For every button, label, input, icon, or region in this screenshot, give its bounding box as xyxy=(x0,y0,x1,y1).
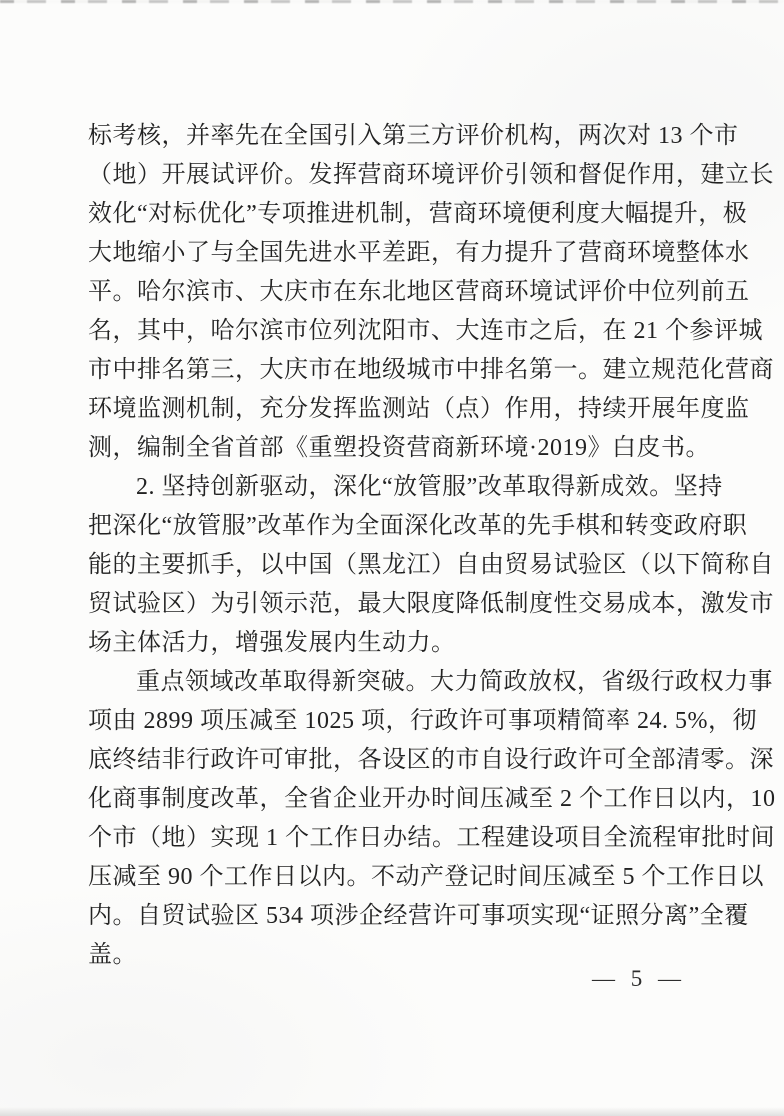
scanned-document-page: 标考核，并率先在全国引入第三方评价机构，两次对 13 个市（地）开展试评价。发挥… xyxy=(0,0,784,1116)
text-line: 化商事制度改革，全省企业开办时间压减至 2 个工作日以内，10 xyxy=(88,780,702,819)
text-line: 个市（地）实现 1 个工作日办结。工程建设项目全流程审批时间 xyxy=(88,819,702,858)
page-number: — 5 — xyxy=(592,966,682,992)
text-line: 内。自贸试验区 534 项涉企经营许可事项实现“证照分离”全覆 xyxy=(88,897,702,936)
text-line: 场主体活力，增强发展内生动力。 xyxy=(88,624,702,663)
text-line: 能的主要抓手，以中国（黑龙江）自由贸易试验区（以下简称自 xyxy=(88,546,702,585)
text-line: 平。哈尔滨市、大庆市在东北地区营商环境试评价中位列前五 xyxy=(88,273,702,312)
text-line: 市中排名第三，大庆市在地级城市中排名第一。建立规范化营商 xyxy=(88,351,702,390)
text-line: 环境监测机制，充分发挥监测站（点）作用，持续开展年度监 xyxy=(88,390,702,429)
text-line: 效化“对标优化”专项推进机制，营商环境便利度大幅提升，极 xyxy=(88,195,702,234)
scan-edge-bottom xyxy=(0,1107,784,1116)
document-body: 标考核，并率先在全国引入第三方评价机构，两次对 13 个市（地）开展试评价。发挥… xyxy=(88,117,702,975)
text-line: 贸试验区）为引领示范，最大限度降低制度性交易成本，激发市 xyxy=(88,585,702,624)
text-line: 2. 坚持创新驱动，深化“放管服”改革取得新成效。坚持 xyxy=(88,468,702,507)
scan-edge-top xyxy=(0,0,784,3)
text-line: 名，其中，哈尔滨市位列沈阳市、大连市之后，在 21 个参评城 xyxy=(88,312,702,351)
text-line: 把深化“放管服”改革作为全面深化改革的先手棋和转变政府职 xyxy=(88,507,702,546)
text-line: 压减至 90 个工作日以内。不动产登记时间压减至 5 个工作日以 xyxy=(88,858,702,897)
text-line: 重点领域改革取得新突破。大力简政放权，省级行政权力事 xyxy=(88,663,702,702)
text-line: 底终结非行政许可审批，各设区的市自设行政许可全部清零。深 xyxy=(88,741,702,780)
text-line: 项由 2899 项压减至 1025 项，行政许可事项精简率 24. 5%，彻 xyxy=(88,702,702,741)
text-line: 标考核，并率先在全国引入第三方评价机构，两次对 13 个市 xyxy=(88,117,702,156)
text-line: 大地缩小了与全国先进水平差距，有力提升了营商环境整体水 xyxy=(88,234,702,273)
text-line: 测，编制全省首部《重塑投资营商新环境·2019》白皮书。 xyxy=(88,429,702,468)
text-line: （地）开展试评价。发挥营商环境评价引领和督促作用，建立长 xyxy=(88,156,702,195)
